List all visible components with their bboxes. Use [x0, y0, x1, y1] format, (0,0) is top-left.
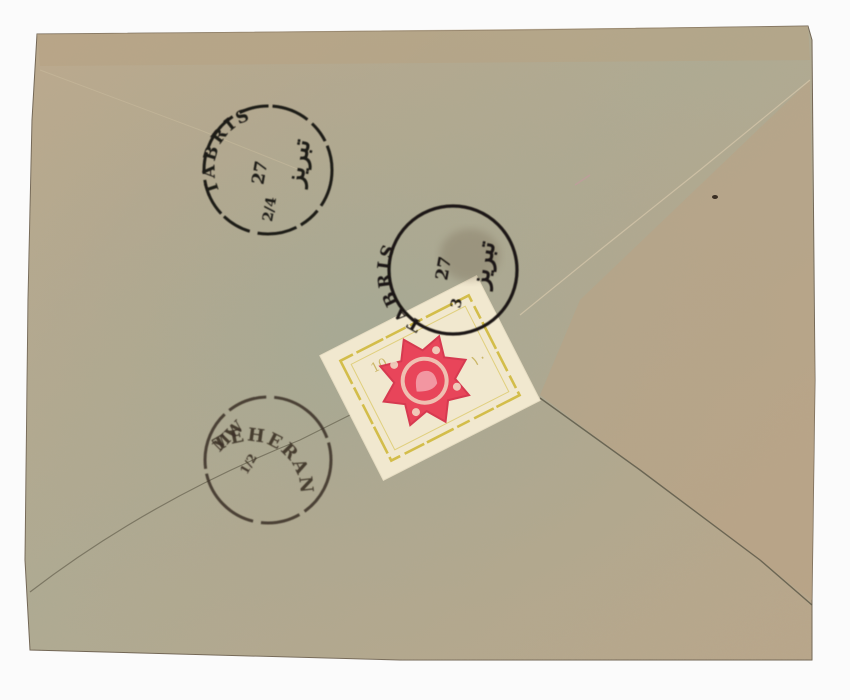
postmark-day: 27: [432, 255, 456, 282]
postmark-day: 27: [249, 159, 273, 186]
cover-photo: TABRIS 27 2/4 تبریز 10 ١٠: [0, 0, 850, 700]
